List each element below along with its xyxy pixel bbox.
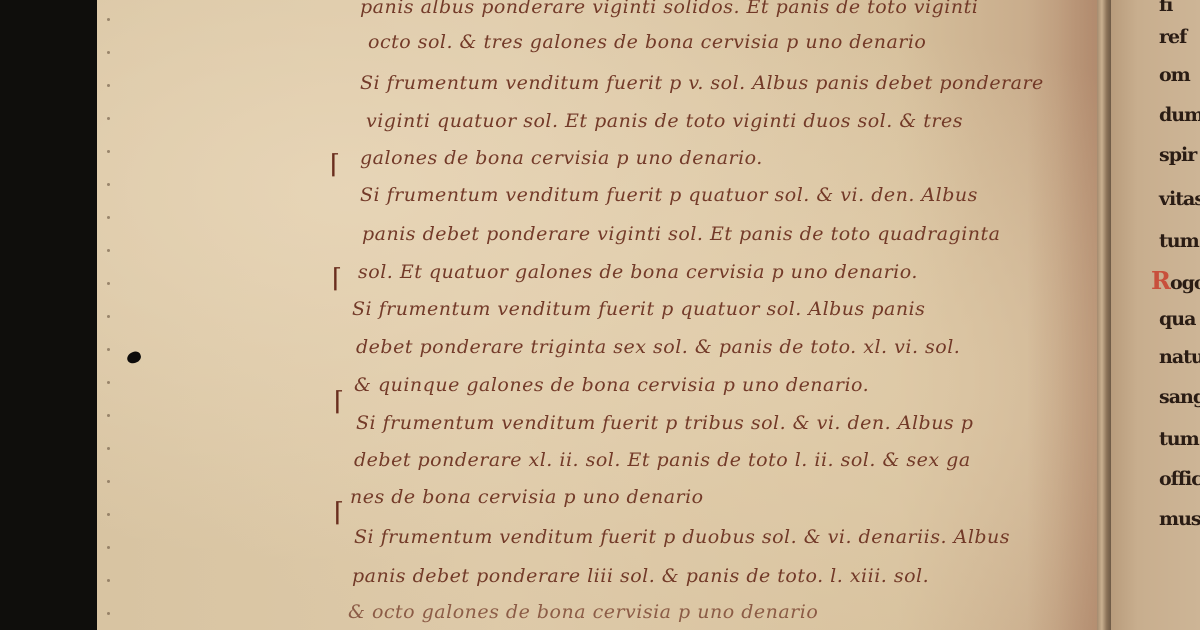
paragraph-mark: ⌈ [334, 387, 344, 417]
pricking-dot [107, 84, 110, 87]
pricking-dot [107, 18, 110, 21]
pricking-dot [107, 249, 110, 252]
manuscript-text: panis albus ponderare viginti solidos. E… [330, 0, 1030, 630]
text-line: sol. Et quatuor galones de bona cervisia… [358, 261, 918, 283]
text-line: panis debet ponderare viginti sol. Et pa… [362, 223, 1001, 245]
facing-text-line: Rogo [1151, 266, 1200, 295]
text-line: & octo galones de bona cervisia p uno de… [348, 601, 818, 623]
pricking-dot [107, 414, 110, 417]
pricking-dot [107, 480, 110, 483]
text-line: viginti quatuor sol. Et panis de toto vi… [366, 110, 963, 132]
text-line: Si frumentum venditum fuerit p duobus so… [354, 526, 1010, 548]
pricking-dot [107, 381, 110, 384]
pricking-dot [107, 348, 110, 351]
facing-text-line: tum. [1159, 428, 1200, 450]
facing-text-line: spir [1159, 144, 1196, 166]
facing-text-line: mus [1159, 508, 1200, 530]
text-line: nes de bona cervisia p uno denario [350, 486, 704, 508]
text-line: & quinque galones de bona cervisia p uno… [354, 374, 869, 396]
rubric-initial: R [1151, 266, 1170, 295]
text-line: panis albus ponderare viginti solidos. E… [360, 0, 978, 18]
paragraph-mark: ⌈ [332, 264, 342, 294]
pricking-dot [107, 513, 110, 516]
text-line: Si frumentum venditum fuerit p quatuor s… [360, 184, 978, 206]
pricking-dot [107, 216, 110, 219]
text-line: Si frumentum venditum fuerit p tribus so… [356, 412, 973, 434]
dark-backdrop [0, 0, 100, 630]
pricking-dot [107, 546, 110, 549]
text-line: octo sol. & tres galones de bona cervisi… [368, 31, 926, 53]
text-line: Si frumentum venditum fuerit p quatuor s… [352, 298, 925, 320]
facing-text-line: qua [1159, 308, 1195, 330]
pricking-dot [107, 117, 110, 120]
text-line: Si frumentum venditum fuerit p v. sol. A… [360, 72, 1044, 94]
facing-text-line: ref [1159, 26, 1186, 48]
parchment-hole [126, 350, 143, 365]
facing-page: fi ref om dum spir vitas tum Rogo qua na… [1111, 0, 1200, 630]
book-gutter [1097, 0, 1111, 630]
facing-text-fragment: ogo [1170, 272, 1200, 294]
facing-text-line: officiu [1159, 468, 1200, 490]
pricking-dot [107, 447, 110, 450]
facing-text-line: natu [1159, 346, 1200, 368]
pricking-dot [107, 612, 110, 615]
facing-text-line: fi [1159, 0, 1172, 16]
pricking-dot [107, 579, 110, 582]
pricking-dot [107, 315, 110, 318]
text-line: galones de bona cervisia p uno denario. [360, 147, 763, 169]
text-line: debet ponderare triginta sex sol. & pani… [356, 336, 960, 358]
paragraph-mark: ⌈ [330, 150, 340, 180]
pricking-dot [107, 51, 110, 54]
pricking-dot [107, 150, 110, 153]
pricking-dot [107, 183, 110, 186]
facing-text-line: dum [1159, 104, 1200, 126]
text-line: debet ponderare xl. ii. sol. Et panis de… [354, 449, 971, 471]
facing-text-line: vitas [1159, 188, 1200, 210]
facing-text-line: sangu [1159, 386, 1200, 408]
facing-text-line: tum [1159, 230, 1199, 252]
pricking-dot [107, 282, 110, 285]
paragraph-mark: ⌈ [334, 498, 344, 528]
text-line: panis debet ponderare liii sol. & panis … [352, 565, 929, 587]
facing-text-line: om [1159, 64, 1190, 86]
